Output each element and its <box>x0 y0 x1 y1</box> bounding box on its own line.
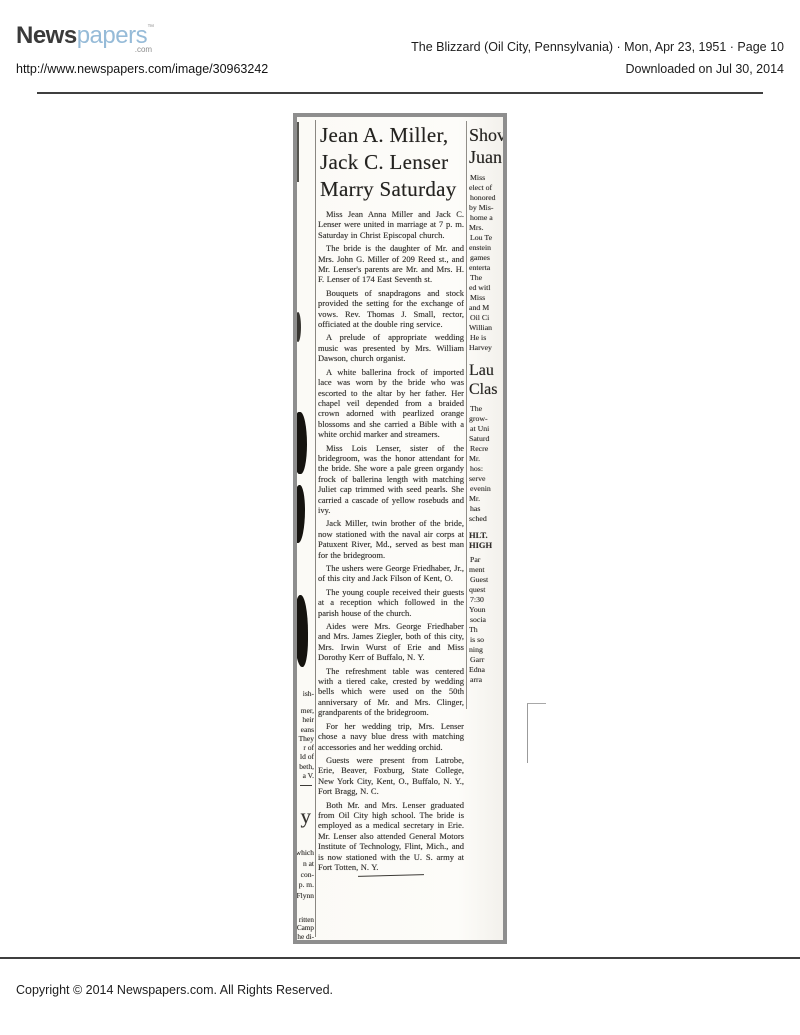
article-paragraph: For her wedding trip, Mrs. Lenser chose … <box>318 721 464 752</box>
article-headline: Jean A. Miller,Jack C. LenserMarry Satur… <box>318 122 464 203</box>
left-margin-strip: ish- mer,heireansTheyr ofld ofbeth,a V. … <box>297 117 315 940</box>
clipped-text-fragment: grow- <box>469 414 503 424</box>
article-paragraph: The refreshment table was centered with … <box>318 666 464 718</box>
article-body: Miss Jean Anna Miller and Jack C. Lenser… <box>318 209 464 872</box>
article-paragraph: Guests were present from Latrobe, Erie, … <box>318 755 464 797</box>
article-paragraph: Both Mr. and Mrs. Lenser graduated from … <box>318 800 464 873</box>
clipped-text-fragment: serve <box>469 474 503 484</box>
clipped-text-fragment: Camp <box>297 924 314 932</box>
logo-text-news: News <box>16 22 77 49</box>
right-column-fragments: Thegrow-at UniSaturdRecreMr.hos:serveeve… <box>469 404 503 524</box>
clipped-text-fragment: has <box>469 504 503 514</box>
clipped-text-fragment: ld of <box>299 752 314 761</box>
clipped-text-fragment: a V. <box>299 771 314 780</box>
clipped-text-fragment: ning <box>469 645 503 655</box>
clipped-text-fragment: Harvey <box>469 343 503 353</box>
clipped-text-fragment: Lou Te <box>469 233 503 243</box>
footer-divider-rule <box>0 957 800 959</box>
clipped-text-fragment: Par <box>469 555 503 565</box>
clipped-text-fragment: beth, <box>299 762 314 771</box>
clipped-text-fragment: Youn <box>469 605 503 615</box>
clipped-text-fragment: They <box>299 734 314 743</box>
clipped-text-fragment: The <box>469 273 503 283</box>
clipping-scan: ish- mer,heireansTheyr ofld ofbeth,a V. … <box>297 117 503 940</box>
clipped-text-fragment: honored <box>469 193 503 203</box>
article-paragraph: The ushers were George Friedhaber, Jr., … <box>318 563 464 584</box>
citation-downloaded-date: Downloaded on Jul 30, 2014 <box>411 58 784 80</box>
right-column-fragments: ParmentGuestquest7:30YounsociaThis sonin… <box>469 555 503 685</box>
clipped-text-fragment: enstein <box>469 243 503 253</box>
clipped-text-fragment: sched <box>469 514 503 524</box>
left-margin-fragments: whichn atcon-p. m.Flynn <box>296 848 314 902</box>
headline-line: Jean A. Miller, <box>320 122 464 149</box>
clipped-text-fragment: Saturd <box>469 434 503 444</box>
clipped-text-fragment: Th <box>469 625 503 635</box>
clipped-text-fragment: r of <box>299 743 314 752</box>
clipped-text-fragment: evenin <box>469 484 503 494</box>
clipped-text-fragment: by Mis- <box>469 203 503 213</box>
clipped-text-fragment: Mr. <box>469 494 503 504</box>
image-source-url: http://www.newspapers.com/image/30963242 <box>16 62 268 76</box>
copyright-notice: Copyright © 2014 Newspapers.com. All Rig… <box>16 983 333 997</box>
article-paragraph: The young couple received their guests a… <box>318 587 464 618</box>
clipped-text-fragment: Edna <box>469 665 503 675</box>
right-column-fragments: Misselect ofhonoredby Mis-home aMrs.Lou … <box>469 173 503 353</box>
column-rule <box>466 121 467 709</box>
article-paragraph: Miss Lois Lenser, sister of the bridegro… <box>318 443 464 516</box>
clipped-text-fragment: games <box>469 253 503 263</box>
clipped-text-fragment: is so <box>469 635 503 645</box>
clipped-text-fragment: con- <box>296 870 314 881</box>
headline-line: Jack C. Lenser <box>320 149 464 176</box>
right-sliver-column: ShovJuan Misselect ofhonoredby Mis-home … <box>469 124 503 724</box>
clipped-text-fragment: which <box>296 848 314 859</box>
article-paragraph: Miss Jean Anna Miller and Jack C. Lenser… <box>318 209 464 240</box>
column-end-dash <box>300 785 312 786</box>
clipped-text-fragment: Mr. <box>469 454 503 464</box>
clipped-text-fragment: Flynn <box>296 891 314 902</box>
clipped-text-fragment: eans <box>299 725 314 734</box>
clipped-subheadline: HLT.HIGH <box>469 531 503 550</box>
citation-paper-date-page: The Blizzard (Oil City, Pennsylvania) · … <box>411 36 784 58</box>
headline-line: Marry Saturday <box>320 176 464 203</box>
left-margin-fragments: rittenCamphe di- <box>297 916 314 941</box>
newspaper-clipping: ish- mer,heireansTheyr ofld ofbeth,a V. … <box>293 113 507 944</box>
clipped-text-fragment: p. m. <box>296 880 314 891</box>
clipped-text-fragment: Willian <box>469 323 503 333</box>
headline-line: Lau <box>469 361 503 380</box>
clipped-text-fragment: Miss <box>469 293 503 303</box>
trademark-icon: ™ <box>147 24 154 31</box>
column-rule <box>315 120 316 937</box>
clipped-text-fragment: ish- <box>303 689 314 698</box>
article-paragraph: Bouquets of snapdragons and stock provid… <box>318 288 464 330</box>
headline-line: Juan <box>469 146 503 168</box>
clipped-text-fragment: elect of <box>469 183 503 193</box>
citation-block: The Blizzard (Oil City, Pennsylvania) · … <box>411 36 784 80</box>
clipped-headline: ShovJuan <box>469 124 503 168</box>
clipped-text-fragment: The <box>469 404 503 414</box>
clipped-text-fragment: Garr <box>469 655 503 665</box>
article-paragraph: Aides were Mrs. George Friedhaber and Mr… <box>318 621 464 663</box>
clipped-text-fragment: n at <box>296 859 314 870</box>
headline-line: Shov <box>469 124 503 146</box>
clipped-headline: LauClas <box>469 361 503 399</box>
article-paragraph: The bride is the daughter of Mr. and Mrs… <box>318 243 464 285</box>
clipped-text-fragment: arra <box>469 675 503 685</box>
clipped-text-fragment: he di- <box>297 933 314 941</box>
clipped-text-fragment: ment <box>469 565 503 575</box>
clipped-text-fragment: ed witl <box>469 283 503 293</box>
clipped-text-fragment: 7:30 <box>469 595 503 605</box>
clipped-text-fragment: mer, <box>299 706 314 715</box>
clipped-text-fragment: Oil Ci <box>469 313 503 323</box>
scan-artifact-box <box>527 703 546 763</box>
clipped-text-fragment: home a <box>469 213 503 223</box>
clipped-text-fragment: enterta <box>469 263 503 273</box>
article-paragraph: Jack Miller, twin brother of the bride, … <box>318 518 464 560</box>
clipped-text-fragment: heir <box>299 715 314 724</box>
clipped-text-fragment: Recre <box>469 444 503 454</box>
clipped-text-fragment: socia <box>469 615 503 625</box>
clipped-text-fragment: at Uni <box>469 424 503 434</box>
clipped-text-fragment: hos: <box>469 464 503 474</box>
clipped-text-fragment: He is <box>469 333 503 343</box>
clipped-text-fragment: Guest <box>469 575 503 585</box>
clipped-text-fragment: quest <box>469 585 503 595</box>
clipped-text-fragment: Miss <box>469 173 503 183</box>
article-end-dash <box>358 875 424 878</box>
clipped-text-fragment: and M <box>469 303 503 313</box>
article-column: Jean A. Miller,Jack C. LenserMarry Satur… <box>318 122 464 938</box>
left-margin-fragments: mer,heireansTheyr ofld ofbeth,a V. <box>299 706 314 780</box>
article-paragraph: A white ballerina frock of imported lace… <box>318 367 464 440</box>
newspapers-logo: Newspapers™ .com <box>16 24 154 54</box>
clipped-text-fragment: Mrs. <box>469 223 503 233</box>
header-divider-rule <box>37 92 763 94</box>
clipped-large-letter: y <box>301 805 312 827</box>
headline-line: Clas <box>469 380 503 399</box>
article-paragraph: A prelude of appropriate wedding music w… <box>318 332 464 363</box>
headline-line: HIGH <box>469 541 503 551</box>
